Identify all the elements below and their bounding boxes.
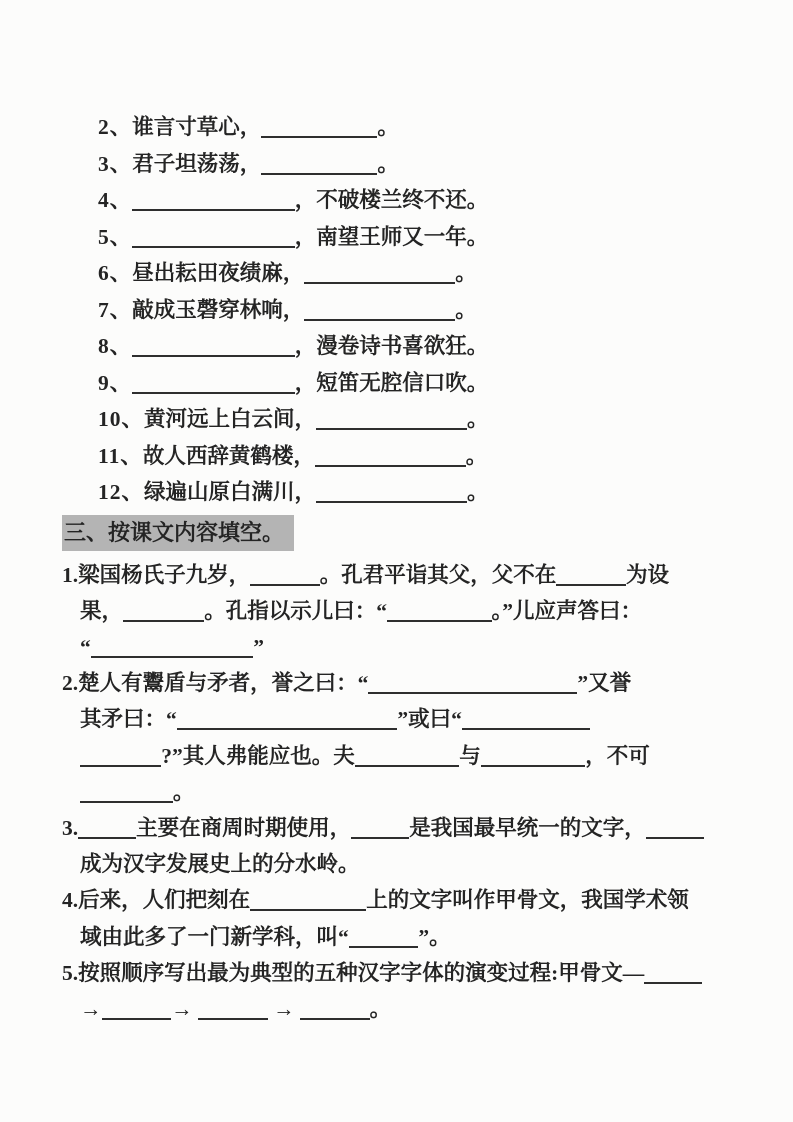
poem-number: 10、	[98, 407, 144, 431]
poem-number: 9、	[98, 371, 132, 395]
fill-line: ?”其人弗能应也。夫与，不可	[62, 738, 753, 774]
fill-text: 后来，人们把刻在上的文字叫作甲骨文，我国学术领	[78, 888, 689, 912]
poem-line-8: 8、，漫卷诗书喜欲狂。	[62, 328, 753, 365]
poem-number: 11、	[98, 444, 143, 468]
fill-line: 5.按照顺序写出最为典型的五种汉字字体的演变过程:甲骨文—	[62, 955, 753, 991]
answer-blank	[132, 392, 295, 394]
fill-line: 4.后来，人们把刻在上的文字叫作甲骨文，我国学术领	[62, 882, 753, 918]
answer-blank	[368, 692, 577, 694]
answer-blank	[349, 946, 419, 948]
poem-line-7: 7、敲成玉磬穿林响，。	[62, 292, 753, 329]
poem-number: 7、	[98, 298, 132, 322]
fill-item-1: 1.梁国杨氏子九岁，。孔君平诣其父，父不在为设 果，。孔指以示儿曰：“。”儿应声…	[62, 557, 753, 666]
fill-text: 按照顺序写出最为典型的五种汉字字体的演变过程:甲骨文—	[78, 961, 702, 985]
poem-line-4: 4、，不破楼兰终不还。	[62, 182, 753, 219]
answer-blank	[304, 319, 455, 321]
poem-line-9: 9、，短笛无腔信口吹。	[62, 365, 753, 402]
answer-blank	[177, 728, 398, 730]
poem-line-2: 2、谁言寸草心，。	[62, 109, 753, 146]
poem-line-6: 6、昼出耘田夜绩麻，。	[62, 255, 753, 292]
worksheet-page: 2、谁言寸草心，。 3、君子坦荡荡，。 4、，不破楼兰终不还。 5、，南望王师又…	[0, 0, 793, 1122]
answer-blank	[304, 282, 455, 284]
poem-text: 敲成玉磬穿林响，。	[132, 298, 476, 322]
fill-line: 其矛曰：“”或曰“	[62, 701, 753, 737]
fill-line: 果，。孔指以示儿曰：“。”儿应声答曰：	[62, 593, 753, 629]
answer-blank	[646, 837, 704, 839]
poem-text: 黄河远上白云间，。	[144, 407, 488, 431]
poem-line-11: 11、故人西辞黄鹤楼，。	[62, 438, 753, 475]
answer-blank	[351, 837, 409, 839]
poem-text: 昼出耘田夜绩麻，。	[132, 261, 476, 285]
fill-item-3: 3.主要在商周时期使用，是我国最早统一的文字， 成为汉字发展史上的分水岭。	[62, 810, 753, 882]
poem-line-5: 5、，南望王师又一年。	[62, 219, 753, 256]
answer-blank	[250, 909, 366, 911]
answer-blank	[261, 173, 377, 175]
answer-blank	[644, 982, 702, 984]
fill-by-text-section: 1.梁国杨氏子九岁，。孔君平诣其父，父不在为设 果，。孔指以示儿曰：“。”儿应声…	[62, 555, 753, 1028]
section-three-header: 三、按课文内容填空。	[62, 511, 753, 555]
answer-blank	[132, 246, 295, 248]
poem-text: 故人西辞黄鹤楼，。	[143, 444, 487, 468]
fill-line: 。	[62, 774, 753, 810]
answer-blank	[132, 355, 295, 357]
answer-blank	[300, 1018, 370, 1020]
poem-line-12: 12、绿遍山原白满川，。	[62, 474, 753, 511]
answer-blank	[355, 765, 459, 767]
poem-text: ，南望王师又一年。	[132, 225, 488, 249]
fill-text: 主要在商周时期使用，是我国最早统一的文字，	[78, 816, 704, 840]
answer-blank	[462, 728, 590, 730]
answer-blank	[91, 656, 254, 658]
poem-number: 5、	[98, 225, 132, 249]
answer-blank	[80, 801, 173, 803]
poem-text: 君子坦荡荡，。	[132, 152, 399, 176]
poem-line-3: 3、君子坦荡荡，。	[62, 146, 753, 183]
poem-number: 6、	[98, 261, 132, 285]
fill-line: 2.楚人有鬻盾与矛者，誉之曰：“”又誉	[62, 665, 753, 701]
answer-blank	[102, 1018, 172, 1020]
fill-text: 梁国杨氏子九岁，。孔君平诣其父，父不在为设	[78, 563, 669, 587]
answer-blank	[80, 765, 161, 767]
answer-blank	[250, 584, 320, 586]
fill-text: 楚人有鬻盾与矛者，誉之曰：“”又誉	[78, 671, 631, 695]
poem-text: ，漫卷诗书喜欲狂。	[132, 334, 488, 358]
item-number: 3.	[62, 816, 78, 840]
item-number: 5.	[62, 961, 78, 985]
poem-text: 绿遍山原白满川，。	[144, 480, 488, 504]
answer-blank	[261, 136, 377, 138]
answer-blank	[315, 465, 466, 467]
fill-line: 1.梁国杨氏子九岁，。孔君平诣其父，父不在为设	[62, 557, 753, 593]
fill-item-5: 5.按照顺序写出最为典型的五种汉字字体的演变过程:甲骨文— →→ → 。	[62, 955, 753, 1027]
fill-line: 3.主要在商周时期使用，是我国最早统一的文字，	[62, 810, 753, 846]
answer-blank	[123, 620, 204, 622]
poem-completion-section: 2、谁言寸草心，。 3、君子坦荡荡，。 4、，不破楼兰终不还。 5、，南望王师又…	[62, 109, 753, 511]
answer-blank	[556, 584, 626, 586]
fill-line: →→ → 。	[62, 991, 753, 1027]
poem-line-10: 10、黄河远上白云间，。	[62, 401, 753, 438]
fill-line: 成为汉字发展史上的分水岭。	[62, 846, 753, 882]
poem-number: 2、	[98, 115, 132, 139]
answer-blank	[316, 501, 467, 503]
fill-item-2: 2.楚人有鬻盾与矛者，誉之曰：“”又誉 其矛曰：“”或曰“ ?”其人弗能应也。夫…	[62, 665, 753, 810]
answer-blank	[387, 620, 491, 622]
section-three-title: 三、按课文内容填空。	[62, 515, 294, 551]
poem-number: 3、	[98, 152, 132, 176]
poem-text: 谁言寸草心，。	[132, 115, 399, 139]
item-number: 1.	[62, 563, 78, 587]
fill-item-4: 4.后来，人们把刻在上的文字叫作甲骨文，我国学术领 域由此多了一门新学科，叫“”…	[62, 882, 753, 954]
poem-text: ，不破楼兰终不还。	[132, 188, 488, 212]
item-number: 4.	[62, 888, 78, 912]
poem-number: 4、	[98, 188, 132, 212]
item-number: 2.	[62, 671, 78, 695]
answer-blank	[481, 765, 585, 767]
fill-line: “”	[62, 629, 753, 665]
answer-blank	[316, 428, 467, 430]
poem-number: 8、	[98, 334, 132, 358]
answer-blank	[132, 209, 295, 211]
answer-blank	[198, 1018, 268, 1020]
answer-blank	[78, 837, 136, 839]
poem-text: ，短笛无腔信口吹。	[132, 371, 488, 395]
poem-number: 12、	[98, 480, 144, 504]
fill-line: 域由此多了一门新学科，叫“”。	[62, 919, 753, 955]
